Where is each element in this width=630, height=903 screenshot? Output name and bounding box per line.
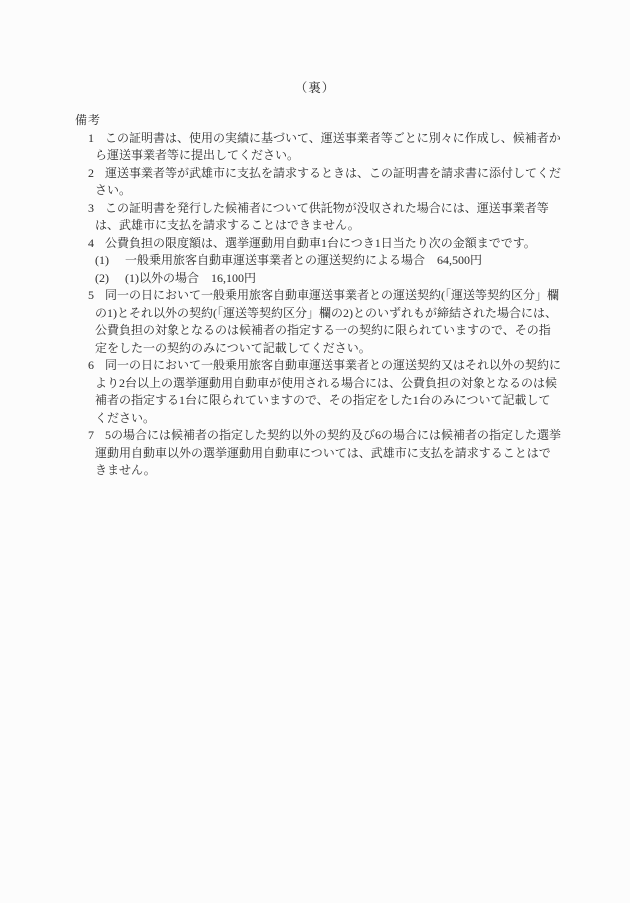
note-text: この証明書は、使用の実績に基づいて、運送事業者等ごとに別々に作成し、候補者から運… (95, 131, 561, 163)
page-side-label: （裏） (0, 78, 630, 96)
note-text: 同一の日において一般乗用旅客自動車運送事業者との運送契約又はそれ以外の契約により… (95, 358, 561, 425)
subitem-marker: (2) (95, 270, 125, 288)
note-item-3: 3この証明書を発行した候補者について供託物が没収された場合には、運送事業者等は、… (95, 200, 562, 235)
note-item-6: 6同一の日において一般乗用旅客自動車運送事業者との運送契約又はそれ以外の契約によ… (95, 357, 562, 427)
note-4-subitem-2: (2)(1)以外の場合 16,100円 (95, 270, 562, 288)
note-number: 2 (88, 165, 105, 183)
note-number: 4 (88, 235, 105, 253)
note-text: この証明書を発行した候補者について供託物が没収された場合には、運送事業者等は、武… (95, 201, 549, 233)
subitem-text: (1)以外の場合 16,100円 (125, 271, 256, 285)
document-page: （裏） 備考 1この証明書は、使用の実績に基づいて、運送事業者等ごとに別々に作成… (0, 0, 630, 903)
note-item-2: 2運送事業者等が武雄市に支払を請求するときは、この証明書を請求書に添付してくださ… (95, 165, 562, 200)
note-number: 1 (88, 130, 105, 148)
note-number: 5 (88, 287, 105, 305)
note-text: 同一の日において一般乗用旅客自動車運送事業者との運送契約(「運送等契約区分」欄の… (95, 288, 559, 355)
note-text: 運送事業者等が武雄市に支払を請求するときは、この証明書を請求書に添付してください… (95, 166, 561, 198)
note-number: 6 (88, 357, 105, 375)
note-item-4: 4公費負担の限度額は、選挙運動用自動車1台につき1日当たり次の金額までです。 (95, 235, 562, 253)
note-text: 5の場合には候補者の指定した契約以外の契約及び6の場合には候補者の指定した選挙運… (95, 428, 561, 477)
remarks-section: 備考 1この証明書は、使用の実績に基づいて、運送事業者等ごとに別々に作成し、候補… (75, 112, 565, 480)
note-item-1: 1この証明書は、使用の実績に基づいて、運送事業者等ごとに別々に作成し、候補者から… (95, 130, 562, 165)
note-item-5: 5同一の日において一般乗用旅客自動車運送事業者との運送契約(「運送等契約区分」欄… (95, 287, 562, 357)
subitem-text: 一般乗用旅客自動車運送事業者との運送契約による場合 64,500円 (125, 253, 482, 267)
note-text: 公費負担の限度額は、選挙運動用自動車1台につき1日当たり次の金額までです。 (105, 236, 536, 250)
subitem-marker: (1) (95, 252, 125, 270)
remarks-heading: 備考 (75, 112, 565, 130)
note-4-subitem-1: (1)一般乗用旅客自動車運送事業者との運送契約による場合 64,500円 (95, 252, 562, 270)
note-number: 3 (88, 200, 105, 218)
remarks-list: 1この証明書は、使用の実績に基づいて、運送事業者等ごとに別々に作成し、候補者から… (95, 130, 562, 480)
note-item-7: 75の場合には候補者の指定した契約以外の契約及び6の場合には候補者の指定した選挙… (95, 427, 562, 480)
note-number: 7 (88, 427, 105, 445)
